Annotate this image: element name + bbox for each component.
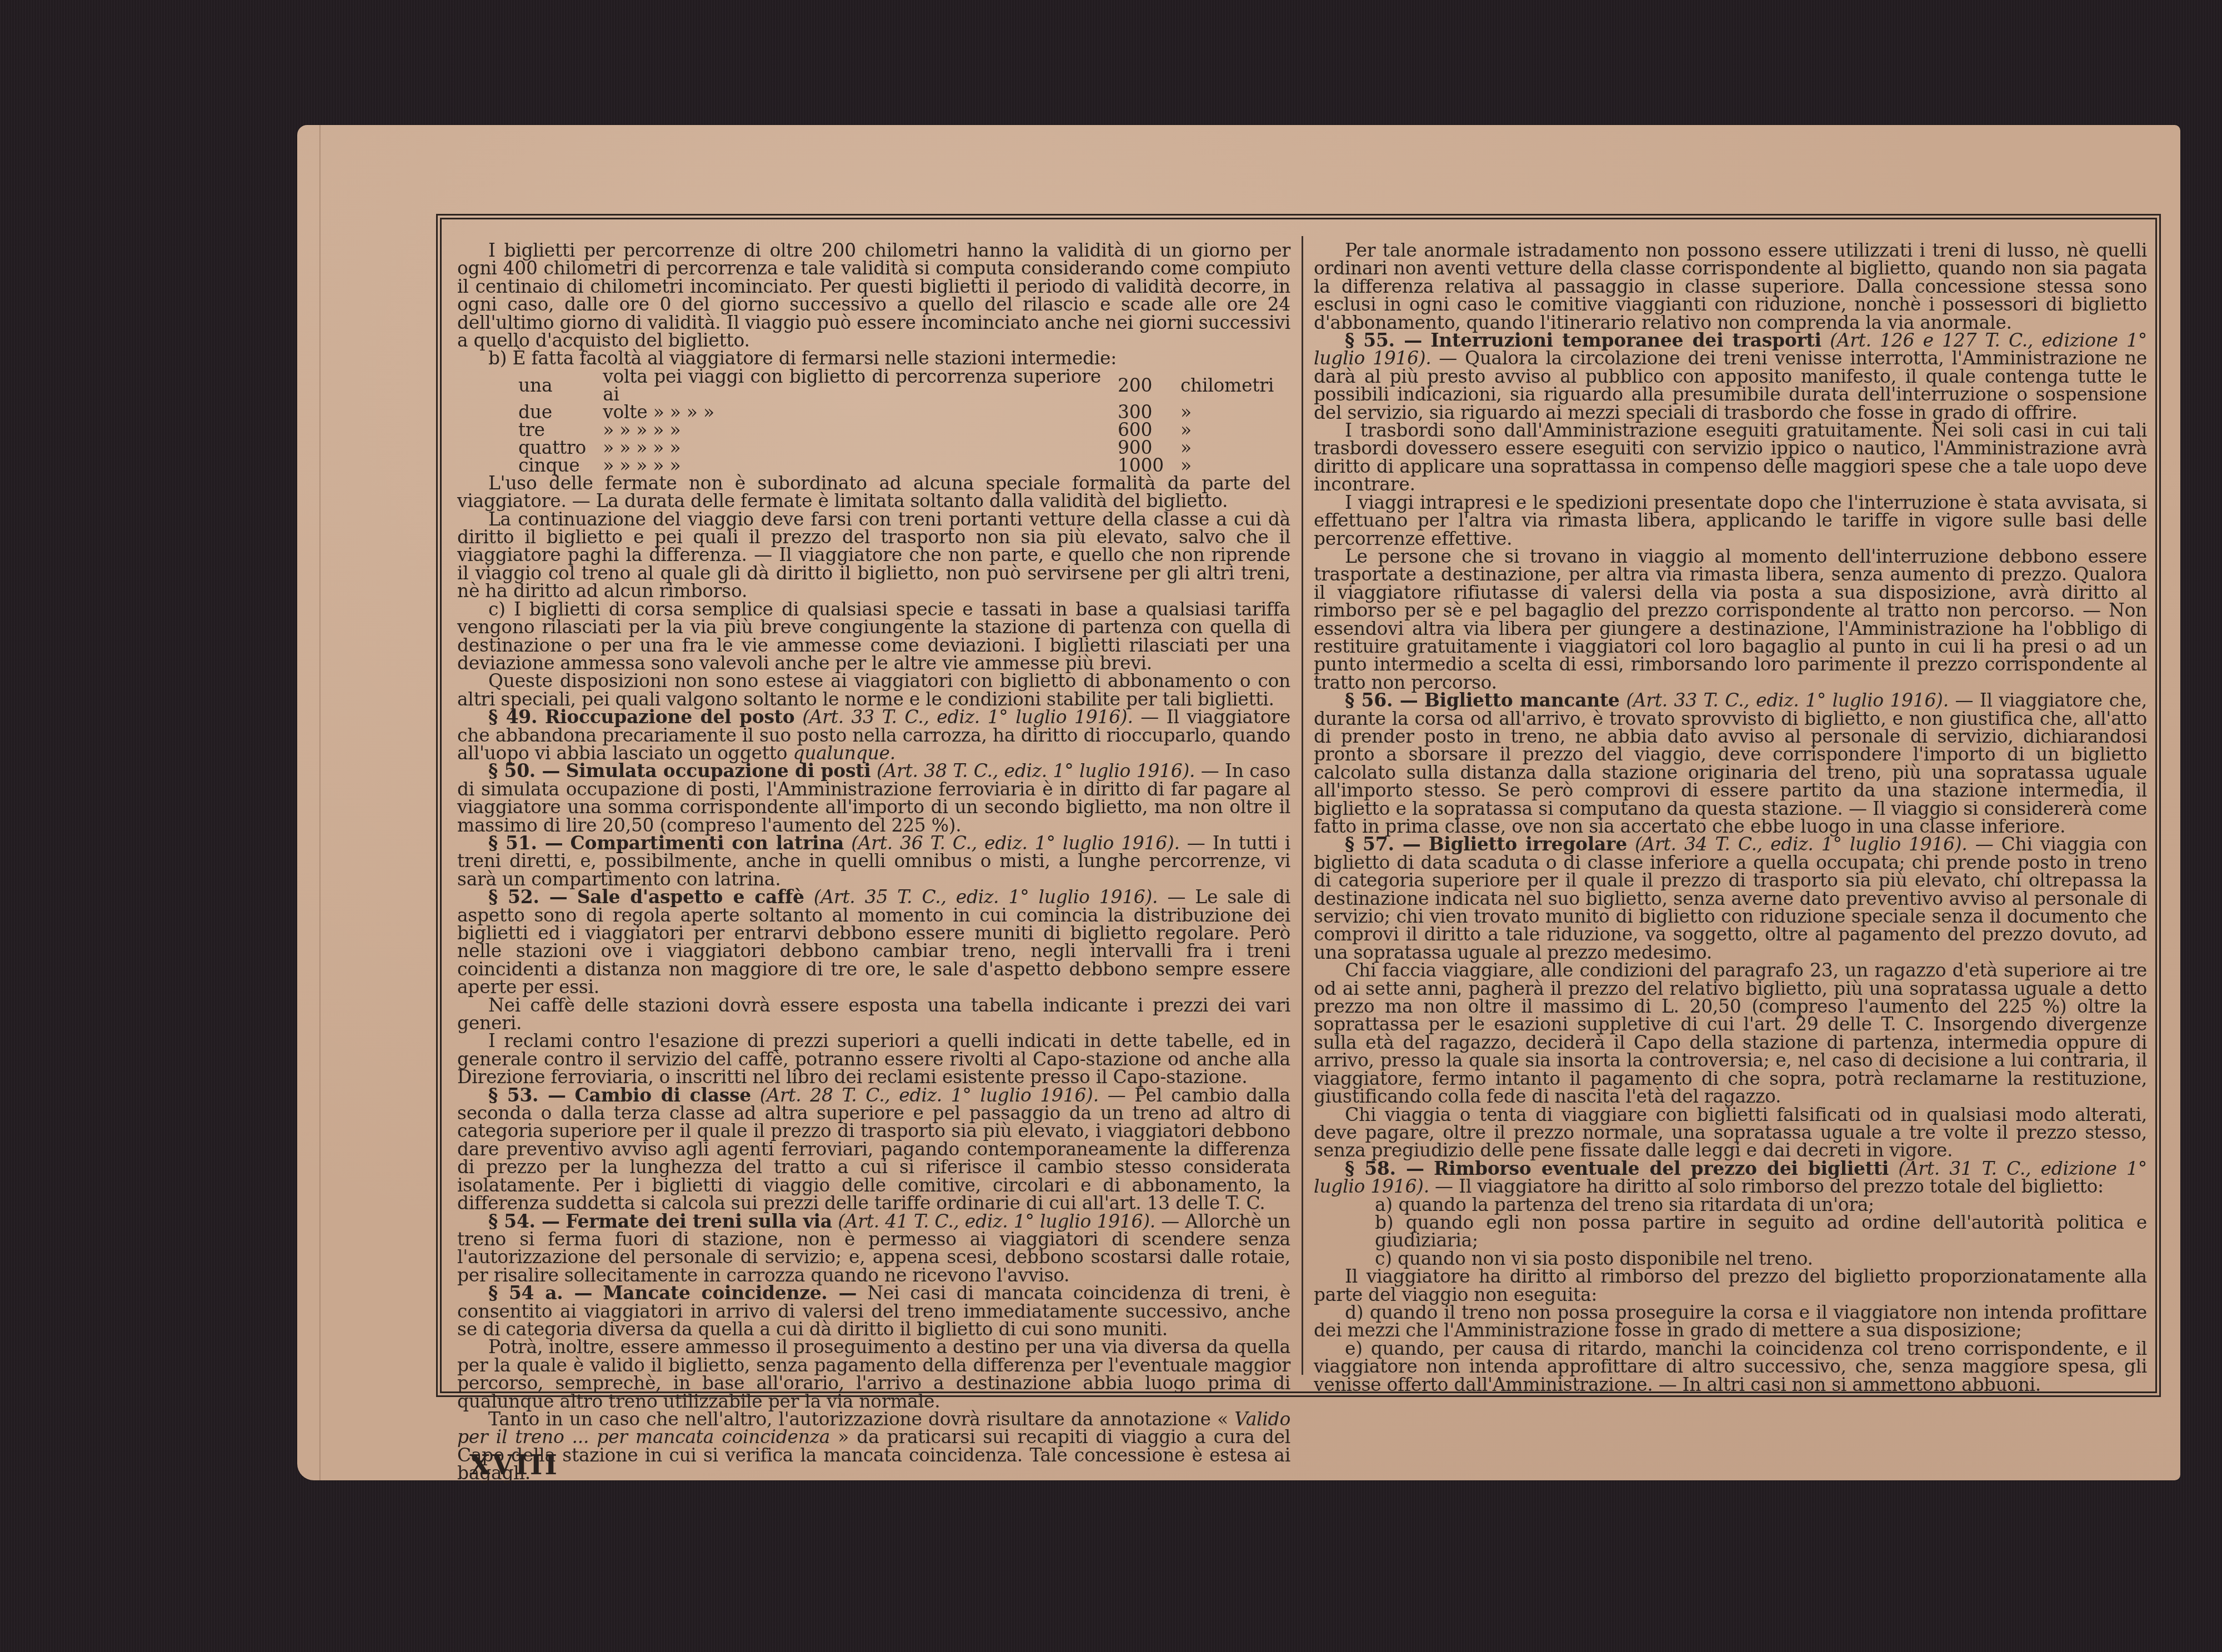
paragraph: Il viaggiatore ha diritto al rimborso de… xyxy=(1314,1268,2147,1304)
section-49: § 49. Rioccupazione del posto (Art. 33 T… xyxy=(457,708,1290,762)
paragraph: Chi viaggia o tenta di viaggiare con big… xyxy=(1314,1106,2147,1160)
column-divider xyxy=(1302,236,1303,1375)
paragraph: c) I biglietti di corsa semplice di qual… xyxy=(457,600,1290,673)
section-52: § 52. — Sale d'aspetto e caffè (Art. 35 … xyxy=(457,888,1290,996)
paragraph: I biglietti per percorrenze di oltre 200… xyxy=(457,242,1290,349)
paragraph: Queste disposizioni non sono estese ai v… xyxy=(457,672,1290,708)
paragraph: Le persone che si trovano in viaggio al … xyxy=(1314,548,2147,692)
closing-paragraph: Tanto in un caso che nell'altro, l'autor… xyxy=(457,1410,1290,1483)
table-row: una volta pei viaggi con biglietto di pe… xyxy=(518,368,1290,403)
section-56: § 56. — Biglietto mancante (Art. 33 T. C… xyxy=(1314,692,2147,835)
list-item: d) quando il treno non possa proseguire … xyxy=(1314,1304,2147,1340)
section-58: § 58. — Rimborso eventuale del prezzo de… xyxy=(1314,1160,2147,1196)
right-column: Per tale anormale istradamento non posso… xyxy=(1314,242,2147,1369)
paragraph: I reclami contro l'esazione di prezzi su… xyxy=(457,1032,1290,1086)
list-item: e) quando, per causa di ritardo, manchi … xyxy=(1314,1340,2147,1394)
paragraph: Potrà, inoltre, essere ammesso il proseg… xyxy=(457,1338,1290,1410)
paragraph: La continuazione del viaggio deve farsi … xyxy=(457,510,1290,600)
paragraph: Per tale anormale istradamento non posso… xyxy=(1314,242,2147,332)
section-50: § 50. — Simulata occupazione di posti (A… xyxy=(457,762,1290,834)
section-54a: § 54 a. — Mancate coincidenze. — Nei cas… xyxy=(457,1284,1290,1338)
item-b-intro: b) È fatta facoltà al viaggiatore di fer… xyxy=(457,349,1290,367)
section-55: § 55. — Interruzioni temporanee dei tras… xyxy=(1314,332,2147,422)
page-edge xyxy=(297,125,321,1480)
stops-table: una volta pei viaggi con biglietto di pe… xyxy=(518,368,1290,474)
section-54: § 54. — Fermate dei treni sulla via (Art… xyxy=(457,1213,1290,1285)
section-57: § 57. — Biglietto irregolare (Art. 34 T.… xyxy=(1314,835,2147,962)
list-item: b) quando egli non possa partire in segu… xyxy=(1314,1214,2147,1250)
page-number: XVIII xyxy=(469,1450,559,1481)
document-page: I biglietti per percorrenze di oltre 200… xyxy=(297,125,2180,1480)
paragraph: I viaggi intrapresi e le spedizioni pres… xyxy=(1314,494,2147,548)
paragraph: I trasbordi sono dall'Amministrazione es… xyxy=(1314,422,2147,494)
paragraph: Nei caffè delle stazioni dovrà essere es… xyxy=(457,997,1290,1033)
left-column: I biglietti per percorrenze di oltre 200… xyxy=(457,242,1290,1369)
section-53: § 53. — Cambio di classe (Art. 28 T. C.,… xyxy=(457,1087,1290,1213)
paragraph: Chi faccia viaggiare, alle condizioni de… xyxy=(1314,962,2147,1105)
text-frame: I biglietti per percorrenze di oltre 200… xyxy=(436,214,2161,1397)
section-51: § 51. — Compartimenti con latrina (Art. … xyxy=(457,834,1290,888)
paragraph: L'uso delle fermate non è subordinato ad… xyxy=(457,474,1290,510)
